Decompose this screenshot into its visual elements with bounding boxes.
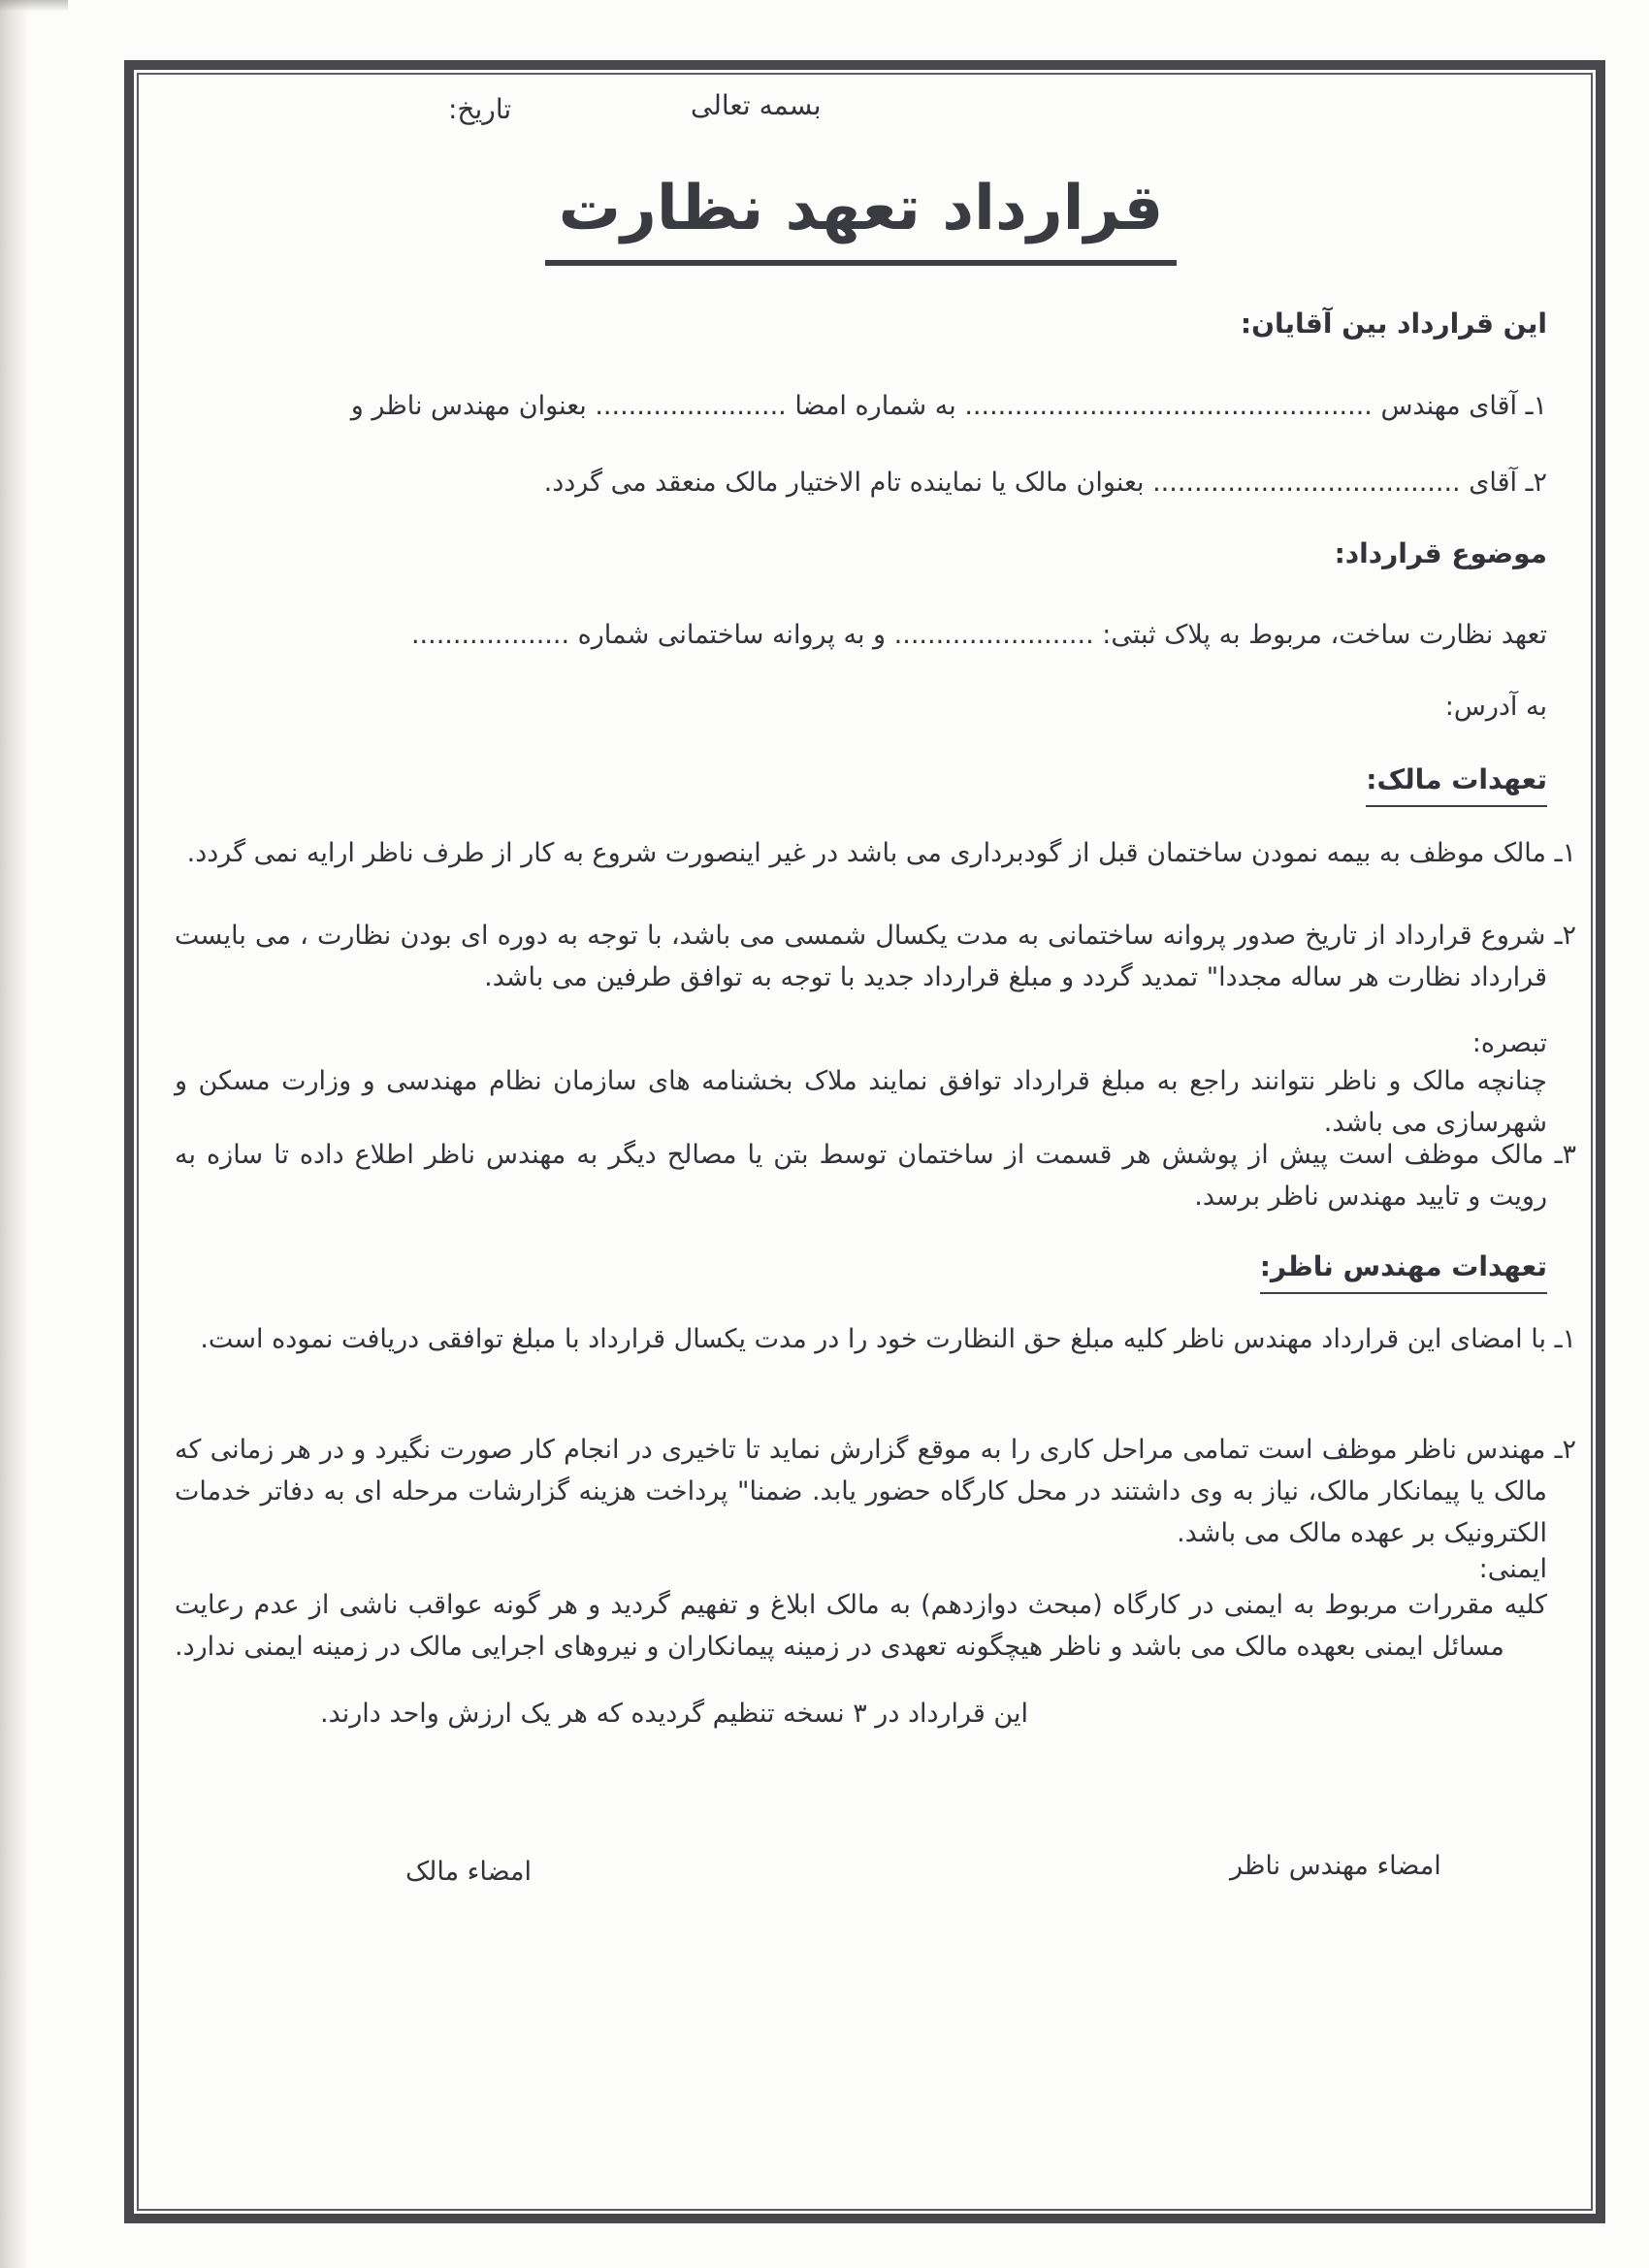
party-1-line: ۱ـ آقای مهندس ..........................… xyxy=(175,385,1547,427)
page-title: قرارداد تعهد نظارت xyxy=(545,167,1178,266)
intro-heading: این قرارداد بین آقایان: xyxy=(175,303,1547,344)
signature-supervisor-label: امضاء مهندس ناظر xyxy=(1230,1851,1441,1881)
supervisor-obligations-heading: تعهدات مهندس ناظر: xyxy=(1260,1246,1547,1294)
safety-text: کلیه مقررات مربوط به ایمنی در کارگاه (مب… xyxy=(175,1584,1547,1668)
owner-obligation-item-3: ۳ـ مالک موظف است پیش از پوشش هر قسمت از … xyxy=(175,1134,1576,1217)
owner-obligation-item-1: ۱ـ مالک موظف به بیمه نمودن ساختمان قبل ا… xyxy=(175,832,1576,874)
scanner-corner-shadow xyxy=(0,0,68,12)
scanner-edge-shadow xyxy=(0,0,29,2268)
owner-obligations-heading: تعهدات مالک: xyxy=(1366,759,1547,807)
supervisor-obligations-heading-row: تعهدات مهندس ناظر: xyxy=(175,1246,1547,1294)
supervisor-obligation-item-1: ۱ـ با امضای این قرارداد مهندس ناظر کلیه … xyxy=(175,1318,1576,1360)
subject-line: تعهد نظارت ساخت، مربوط به پلاک ثبتی: ...… xyxy=(175,614,1547,656)
party-2-line: ۲ـ آقای ................................… xyxy=(175,462,1547,503)
copies-statement: این قرارداد در ۳ نسخه تنظیم گردیده که هر… xyxy=(320,1699,1028,1729)
signature-owner-label: امضاء مالک xyxy=(405,1857,532,1887)
scanned-contract-page: { "doc": { "header": { "bismillah": "بسم… xyxy=(0,0,1649,2268)
owner-obligation-item-2: ۲ـ شروع قرارداد از تاریخ صدور پروانه ساخ… xyxy=(175,915,1576,998)
bismillah-text: بسمه تعالی xyxy=(691,89,822,121)
date-label: تاریخ: xyxy=(448,93,511,125)
address-label: به آدرس: xyxy=(175,686,1547,728)
supervisor-obligation-item-2: ۲ـ مهندس ناظر موظف است تمامی مراحل کاری … xyxy=(175,1429,1576,1554)
note-heading: تبصره: xyxy=(175,1022,1547,1064)
owner-obligations-heading-row: تعهدات مالک: xyxy=(175,759,1547,807)
title-block: قرارداد تعهد نظارت xyxy=(175,167,1547,266)
subject-heading: موضوع قرارداد: xyxy=(175,533,1547,574)
note-text: چنانچه مالک و ناظر نتوانند راجع به مبلغ … xyxy=(175,1060,1547,1144)
